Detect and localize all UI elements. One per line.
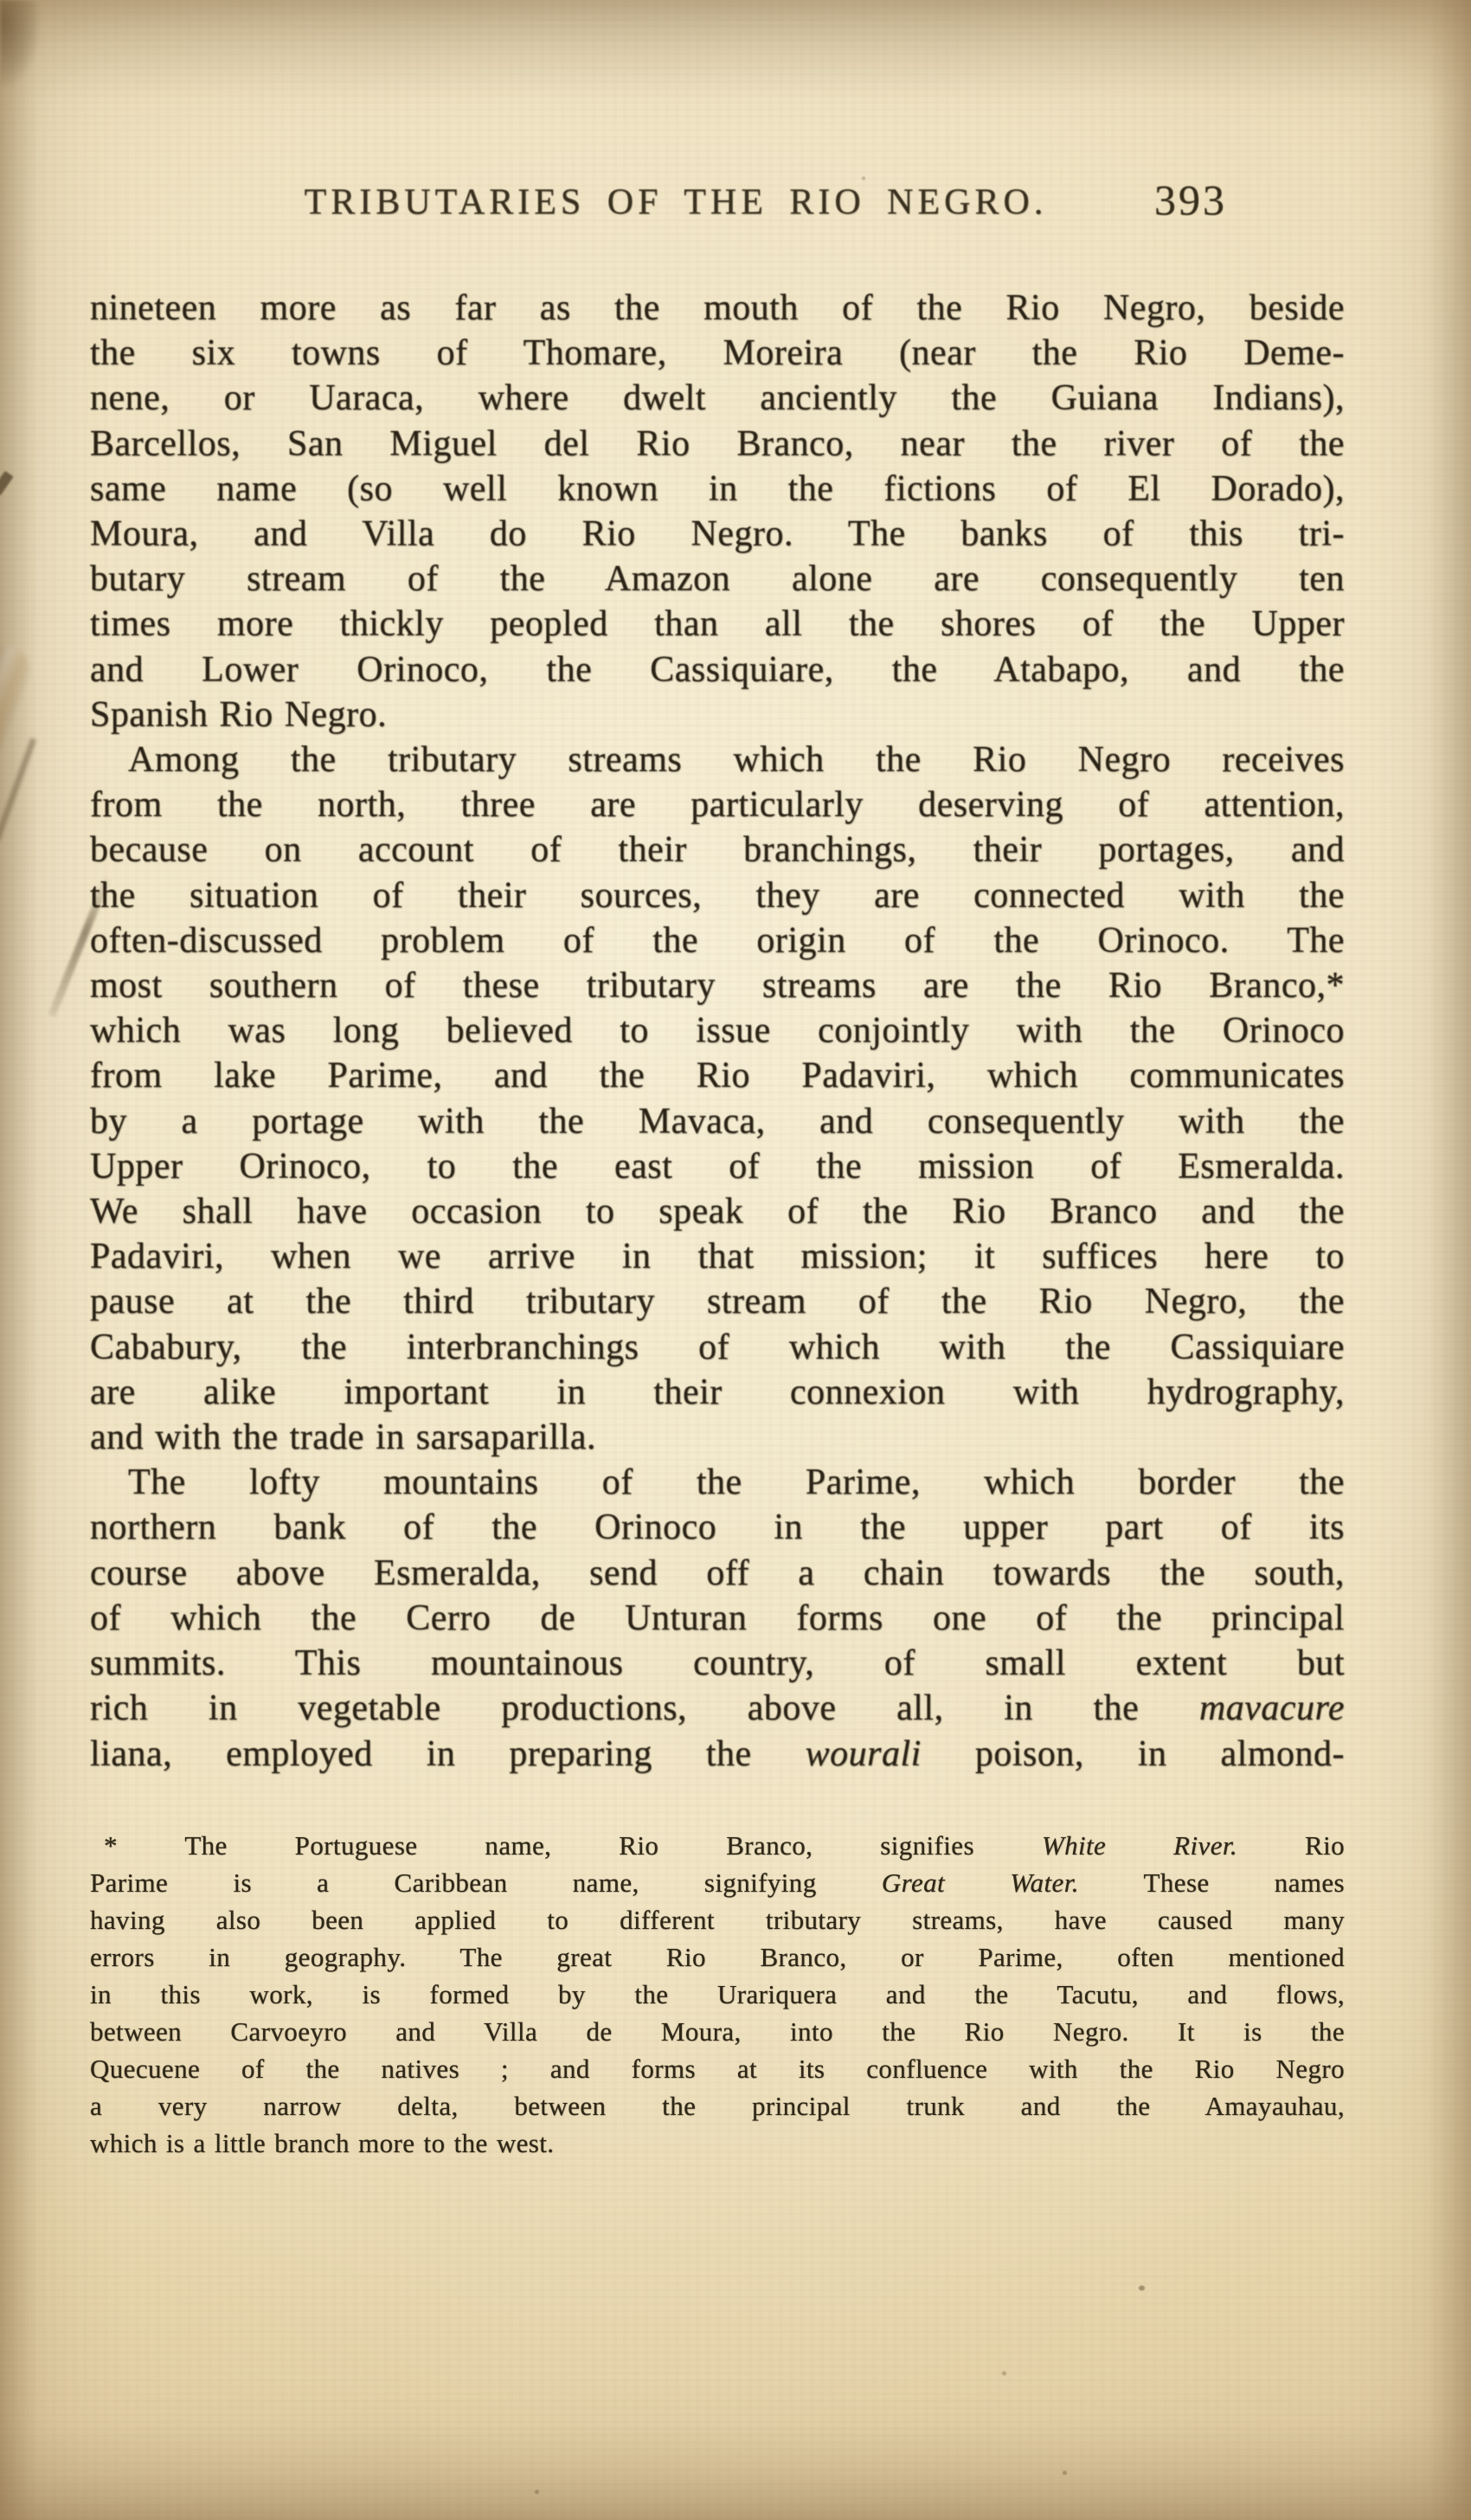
italic-term: White River. [1042,1830,1237,1861]
text-line: which was long believed to issue conjoin… [90,1008,1345,1053]
text-line: by a portage with the Mavaca, and conseq… [90,1099,1345,1144]
text-line: having also been applied to different tr… [90,1901,1345,1938]
text-line: nineteen more as far as the mouth of the… [90,286,1345,331]
text-line: because on account of their branchings, … [90,827,1345,872]
body-text-block: nineteen more as far as the mouth of the… [90,286,1345,1777]
paper-speck [1063,2471,1067,2475]
scanned-book-page: TRIBUTARIES OF THE RIO NEGRO. 393 ninete… [0,0,1471,2520]
text-line: in this work, is formed by the Urariquer… [90,1976,1345,2013]
scan-corner-smudge [0,0,40,87]
text-line: between Carvoeyro and Villa de Moura, in… [90,2013,1345,2050]
text-line: a very narrow delta, between the princip… [90,2087,1345,2125]
text-line: most southern of these tributary streams… [90,963,1345,1008]
text-line: The lofty mountains of the Parime, which… [90,1460,1345,1505]
text-line: Among the tributary streams which the Ri… [90,737,1345,782]
text-line: from lake Parime, and the Rio Padaviri, … [90,1053,1345,1098]
text-line: liana, employed in preparing the wourali… [90,1732,1345,1777]
running-head-title: TRIBUTARIES OF THE RIO NEGRO. [277,182,1075,223]
page-number: 393 [1154,175,1227,225]
text-line: the situation of their sources, they are… [90,873,1345,918]
text-line: northern bank of the Orinoco in the uppe… [90,1505,1345,1550]
text-line: Spanish Rio Negro. [90,692,1345,737]
text-line: are alike important in their connexion w… [90,1370,1345,1415]
italic-term: mavacure [1199,1688,1345,1728]
text-line: Quecuene of the natives ; and forms at i… [90,2050,1345,2087]
text-line: pause at the third tributary stream of t… [90,1279,1345,1324]
text-line: nene, or Uaraca, where dwelt anciently t… [90,376,1345,421]
text-line: butary stream of the Amazon alone are co… [90,556,1345,601]
text-line: of which the Cerro de Unturan forms one … [90,1596,1345,1641]
text-line: times more thickly peopled than all the … [90,601,1345,646]
text-line: Barcellos, San Miguel del Rio Branco, ne… [90,421,1345,466]
text-line: summits. This mountainous country, of sm… [90,1641,1345,1686]
text-line: rich in vegetable productions, above all… [90,1686,1345,1731]
paper-speck [535,2490,539,2494]
text-line: Padaviri, when we arrive in that mission… [90,1234,1345,1279]
text-line: errors in geography. The great Rio Branc… [90,1938,1345,1976]
italic-term: wourali [806,1734,922,1774]
text-line: which is a little branch more to the wes… [90,2125,1345,2162]
text-line: * The Portuguese name, Rio Branco, signi… [90,1827,1345,1864]
text-line: course above Esmeralda, send off a chain… [90,1551,1345,1596]
page-fold-shadow-upper [0,738,36,842]
text-line: same name (so well known in the fictions… [90,466,1345,511]
paper-speck [1002,2371,1006,2375]
footnote-block: * The Portuguese name, Rio Branco, signi… [90,1827,1345,2162]
text-line: often-discussed problem of the origin of… [90,918,1345,963]
page-edge-mark [0,471,14,496]
paper-speck [862,177,865,180]
text-line: from the north, three are particularly d… [90,782,1345,827]
text-line: We shall have occasion to speak of the R… [90,1189,1345,1234]
text-line: and Lower Orinoco, the Cassiquiare, the … [90,647,1345,692]
text-line: Parime is a Caribbean name, signifying G… [90,1864,1345,1901]
paper-speck [1139,2285,1145,2291]
text-line: and with the trade in sarsaparilla. [90,1415,1345,1460]
text-line: Upper Orinoco, to the east of the missio… [90,1144,1345,1189]
italic-term: Great Water. [882,1867,1079,1898]
text-line: Cababury, the interbranchings of which w… [90,1325,1345,1370]
text-line: the six towns of Thomare, Moreira (near … [90,331,1345,376]
text-line: Moura, and Villa do Rio Negro. The banks… [90,511,1345,556]
